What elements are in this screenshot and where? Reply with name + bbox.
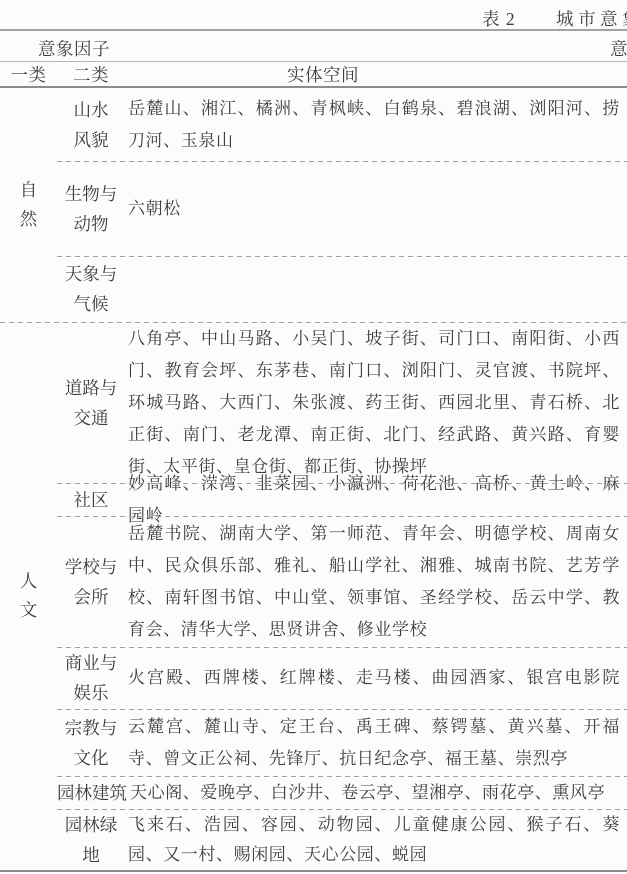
row-weather-climate: 天象与气候 bbox=[57, 256, 627, 322]
row-flora-fauna-content: 六朝松 bbox=[125, 193, 627, 225]
row-schools-clubs-content: 岳麓书院、湖南大学、第一师范、青年会、明德学校、周南女中、民众俱乐部、雅礼、船山… bbox=[125, 518, 627, 646]
row-garden-greenspace-label: 园林绿地 bbox=[64, 810, 119, 870]
row-landscape-label: 山水风貌 bbox=[73, 95, 110, 155]
row-commerce-entertainment-content: 火宫殿、西牌楼、红牌楼、走马楼、曲园酒家、银宫电影院 bbox=[125, 662, 627, 694]
row-roads-transport: 道路与交通 八角亭、中山马路、小吴门、坡子街、司门口、南阳街、小西门、教育会坪、… bbox=[57, 322, 627, 483]
row-commerce-entertainment-label: 商业与娱乐 bbox=[64, 648, 119, 708]
scanned-table-page: 表 2 城市意象 意象因子 意 一类 二类 实体空间 自然 山水风貌 岳麓山、湘… bbox=[0, 0, 627, 874]
header-image-factor-label: 意象因子 bbox=[38, 36, 110, 61]
row-schools-clubs: 学校与会所 岳麓书院、湖南大学、第一师范、青年会、明德学校、周南女中、民众俱乐部… bbox=[57, 516, 627, 647]
row-community: 社区 妙高峰、溁湾、韭菜园、小瀛洲、荷花池、高桥、黄土岭、麻园岭 bbox=[57, 483, 627, 516]
row-religion-culture-content: 云麓宫、麓山寺、定王台、禹王碑、蔡锷墓、黄兴墓、开福寺、曾文正公祠、先锋厅、抗日… bbox=[125, 711, 627, 775]
col-header-physical-space: 实体空间 bbox=[125, 62, 627, 87]
row-religion-culture: 宗教与文化 云麓宫、麓山寺、定王台、禹王碑、蔡锷墓、黄兴墓、开福寺、曾文正公祠、… bbox=[57, 709, 627, 776]
row-garden-architecture-label: 园林建筑 bbox=[57, 778, 127, 808]
col-header-category-2: 二类 bbox=[57, 62, 125, 87]
category-label-humanities: 人文 bbox=[19, 567, 39, 625]
table-caption-title: 城市意象 bbox=[556, 6, 627, 31]
row-garden-greenspace-content: 飞来石、浩园、容园、动物园、儿童健康公园、猴子石、葵园、又一村、赐闲园、天心公园… bbox=[125, 810, 627, 870]
category-label-humanities-cell: 人文 bbox=[0, 322, 57, 870]
row-roads-transport-content: 八角亭、中山马路、小吴门、坡子街、司门口、南阳街、小西门、教育会坪、东茅巷、南门… bbox=[125, 323, 627, 483]
row-flora-fauna-label: 生物与动物 bbox=[64, 179, 119, 239]
row-landscape-content: 岳麓山、湘江、橘洲、青枫峡、白鹤泉、碧浪湖、浏阳河、捞刀河、玉泉山 bbox=[125, 93, 627, 157]
row-community-label: 社区 bbox=[64, 485, 119, 515]
row-roads-transport-label: 道路与交通 bbox=[64, 373, 119, 433]
row-garden-architecture-content: 天心阁、爱晚亭、白沙井、卷云亭、望湘亭、雨花亭、熏风亭 bbox=[127, 777, 627, 809]
table-caption-number: 表 2 bbox=[482, 6, 516, 31]
row-garden-architecture: 园林建筑 天心阁、爱晚亭、白沙井、卷云亭、望湘亭、雨花亭、熏风亭 bbox=[57, 776, 627, 809]
row-flora-fauna: 生物与动物 六朝松 bbox=[57, 161, 627, 256]
col-header-category-1: 一类 bbox=[0, 62, 57, 87]
group-nature: 自然 山水风貌 岳麓山、湘江、橘洲、青枫峡、白鹤泉、碧浪湖、浏阳河、捞刀河、玉泉… bbox=[0, 88, 627, 322]
category-label-nature-cell: 自然 bbox=[0, 88, 57, 322]
category-label-nature: 自然 bbox=[19, 176, 39, 234]
image-factor-table: 意象因子 意 一类 二类 实体空间 自然 山水风貌 岳麓山、湘江、橘洲、青枫峡、… bbox=[0, 29, 627, 872]
row-religion-culture-label: 宗教与文化 bbox=[64, 713, 119, 773]
header-row-columns: 一类 二类 实体空间 bbox=[0, 62, 627, 88]
row-landscape: 山水风貌 岳麓山、湘江、橘洲、青枫峡、白鹤泉、碧浪湖、浏阳河、捞刀河、玉泉山 bbox=[57, 88, 627, 161]
row-commerce-entertainment: 商业与娱乐 火宫殿、西牌楼、红牌楼、走马楼、曲园酒家、银宫电影院 bbox=[57, 647, 627, 709]
header-clipped-right-label: 意 bbox=[610, 36, 627, 61]
table-caption: 表 2 城市意象 bbox=[0, 0, 627, 29]
row-schools-clubs-label: 学校与会所 bbox=[64, 552, 119, 612]
group-humanities: 人文 道路与交通 八角亭、中山马路、小吴门、坡子街、司门口、南阳街、小西门、教育… bbox=[0, 322, 627, 870]
header-row-factor: 意象因子 意 bbox=[0, 31, 627, 62]
row-garden-greenspace: 园林绿地 飞来石、浩园、容园、动物园、儿童健康公园、猴子石、葵园、又一村、赐闲园… bbox=[57, 809, 627, 870]
row-weather-climate-label: 天象与气候 bbox=[64, 259, 119, 319]
